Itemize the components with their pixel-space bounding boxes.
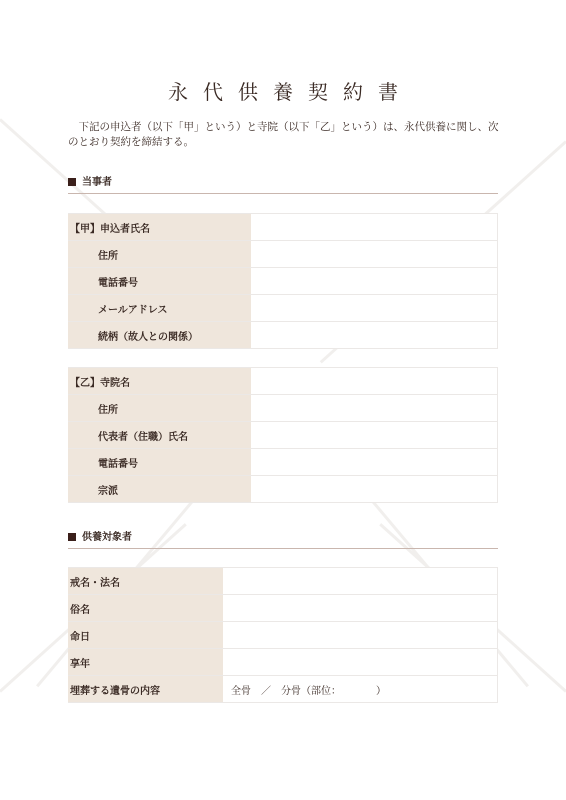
section-heading-parties: 当事者	[68, 173, 498, 194]
table-row: 住所	[68, 241, 498, 268]
party-a-table: 【甲】申込者氏名 住所 電話番号 メールアドレス 続柄（故人との関係）	[68, 213, 498, 349]
field-label: 埋葬する遺骨の内容	[68, 676, 223, 703]
applicant-email-field[interactable]	[251, 295, 498, 322]
applicant-name-field[interactable]	[251, 214, 498, 241]
table-row: 電話番号	[68, 449, 498, 476]
remains-content-field[interactable]: 全骨 ／ 分骨（部位： ）	[223, 676, 498, 703]
table-row: 命日	[68, 622, 498, 649]
section-heading-label: 当事者	[82, 177, 112, 188]
section-heading-memorial-subject: 供養対象者	[68, 528, 498, 549]
square-bullet-icon	[68, 178, 76, 186]
temple-address-field[interactable]	[251, 395, 498, 422]
secular-name-field[interactable]	[223, 595, 498, 622]
table-row: 享年	[68, 649, 498, 676]
square-bullet-icon	[68, 533, 76, 541]
age-at-death-field[interactable]	[223, 649, 498, 676]
field-label: 電話番号	[68, 268, 251, 295]
field-label: 電話番号	[68, 449, 251, 476]
field-label: 代表者（住職）氏名	[68, 422, 251, 449]
temple-name-field[interactable]	[251, 368, 498, 395]
party-b-table: 【乙】寺院名 住所 代表者（住職）氏名 電話番号 宗派	[68, 367, 498, 503]
sect-field[interactable]	[251, 476, 498, 503]
table-row: 電話番号	[68, 268, 498, 295]
field-label: 【乙】寺院名	[68, 368, 251, 395]
intro-line-1: 下記の申込者（以下「甲」という）と寺院（以下「乙」という）は、永代供養に関し、次	[68, 120, 500, 135]
deceased-table: 戒名・法名 俗名 命日 享年 埋葬する遺骨の内容 全骨 ／ 分骨（部位： ）	[68, 567, 498, 703]
field-label: 俗名	[68, 595, 223, 622]
field-label: 続柄（故人との関係）	[68, 322, 251, 349]
field-label: 住所	[68, 395, 251, 422]
applicant-phone-field[interactable]	[251, 268, 498, 295]
table-row: 続柄（故人との関係）	[68, 322, 498, 349]
posthumous-name-field[interactable]	[223, 568, 498, 595]
section-heading-label: 供養対象者	[82, 532, 132, 543]
applicant-address-field[interactable]	[251, 241, 498, 268]
field-label: メールアドレス	[68, 295, 251, 322]
date-of-death-field[interactable]	[223, 622, 498, 649]
field-label: 命日	[68, 622, 223, 649]
table-row: メールアドレス	[68, 295, 498, 322]
table-row: 俗名	[68, 595, 498, 622]
table-row: 埋葬する遺骨の内容 全骨 ／ 分骨（部位： ）	[68, 676, 498, 703]
intro-line-2: のとおり契約を締結する。	[68, 135, 500, 150]
field-label: 戒名・法名	[68, 568, 223, 595]
field-label: 【甲】申込者氏名	[68, 214, 251, 241]
table-row: 戒名・法名	[68, 568, 498, 595]
applicant-relationship-field[interactable]	[251, 322, 498, 349]
temple-phone-field[interactable]	[251, 449, 498, 476]
table-row: 【乙】寺院名	[68, 368, 498, 395]
representative-name-field[interactable]	[251, 422, 498, 449]
document-title: 永代供養契約書	[0, 76, 566, 105]
table-row: 住所	[68, 395, 498, 422]
field-label: 住所	[68, 241, 251, 268]
table-row: 代表者（住職）氏名	[68, 422, 498, 449]
table-row: 宗派	[68, 476, 498, 503]
field-label: 享年	[68, 649, 223, 676]
field-label: 宗派	[68, 476, 251, 503]
table-row: 【甲】申込者氏名	[68, 214, 498, 241]
intro-paragraph: 下記の申込者（以下「甲」という）と寺院（以下「乙」という）は、永代供養に関し、次…	[68, 120, 500, 150]
